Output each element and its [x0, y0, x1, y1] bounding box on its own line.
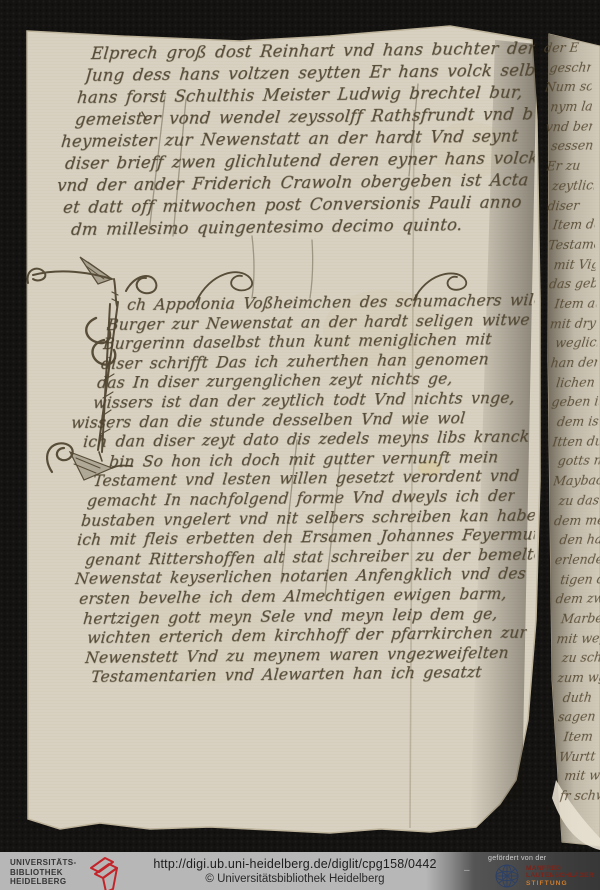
edge-text-fragment: zum wg — [556, 669, 600, 690]
edge-text-fragment: das gebur — [548, 276, 597, 297]
digilit-url: http://digi.ub.uni-heidelberg.de/diglit/… — [140, 857, 450, 871]
edge-text-fragment: dem zwentz — [554, 591, 600, 612]
edge-text-fragment: gotts mit — [551, 453, 600, 474]
copyright-line: © Universitätsbibliothek Heidelberg — [140, 873, 450, 885]
edge-text-fragment: lichen pf — [550, 374, 599, 395]
edge-text-fragment: Item — [557, 728, 600, 749]
edge-text-fragment: Wurtt — [558, 748, 600, 769]
edge-text-fragment: sessen L — [545, 138, 594, 159]
edge-text-fragment: erlenderß — [553, 551, 600, 572]
edge-text-fragment: sagen — [557, 709, 600, 730]
sponsor-name-line: STIFTUNG — [526, 880, 594, 887]
edge-text-fragment: tigen dan — [554, 571, 600, 592]
edge-text-fragment: Item auch — [548, 295, 597, 316]
sponsor-block: gefördert von der – MANFRED LAUTENSCHLÄG… — [452, 852, 600, 890]
digitized-manuscript-viewer: Elprech groß dost Reinhart vnd hans buch… — [0, 0, 600, 890]
sponsor-name-line: LAUTENSCHLÄGER — [526, 872, 594, 879]
edge-text-fragment: geben ist — [550, 394, 599, 415]
edge-text-fragment: nym la — [544, 99, 593, 120]
footer-center: http://digi.ub.uni-heidelberg.de/diglit/… — [140, 852, 450, 890]
edge-text-fragment: mit w — [558, 768, 600, 789]
edge-text-fragment: duth — [556, 689, 600, 710]
footer-bar: UNIVERSITÄTS- BIBLIOTHEK HEIDELBERG http… — [0, 852, 600, 890]
edge-text-fragment: dem meyn — [553, 512, 600, 533]
edge-text-fragment: weglich — [549, 335, 598, 356]
edge-text-fragment: Maybach h — [552, 473, 600, 494]
library-name-line: UNIVERSITÄTS- — [10, 858, 77, 868]
edge-text-fragment: der E — [544, 40, 592, 61]
edge-text-fragment: mit dry — [549, 315, 598, 336]
edge-text-fragment: Marben die — [555, 610, 600, 631]
manuscript-scan: Elprech groß dost Reinhart vnd hans buch… — [0, 0, 600, 852]
edge-text-fragment: fr schw — [558, 788, 600, 809]
edge-text-fragment: geschrifft — [544, 59, 593, 80]
sponsor-prefix: gefördert von der — [488, 855, 546, 862]
library-name-line: HEIDELBERG — [10, 877, 77, 887]
edge-text-fragment: diser — [546, 197, 595, 218]
edge-text-fragment: dem ist v — [551, 414, 600, 435]
library-logo-icon — [88, 855, 122, 890]
edge-text-fragment: han der — [549, 354, 598, 375]
library-name-line: BIBLIOTHEK — [10, 868, 77, 878]
edge-text-fragment: zeytlich — [546, 177, 595, 198]
edge-text-fragment: mit weg — [555, 630, 600, 651]
edge-text-fragment: den hawß — [553, 532, 600, 553]
edge-text-fragment: Testamen — [547, 236, 596, 257]
edge-text-fragment: Item dem — [546, 217, 595, 238]
edge-text-fragment: mit Vig — [547, 256, 596, 277]
edge-text-fragment: zu das gli — [552, 492, 600, 513]
edge-text-fragment: Num sc — [544, 79, 593, 100]
globe-icon — [494, 863, 520, 889]
sponsor-dash: – — [464, 865, 470, 876]
sponsor-name: MANFRED LAUTENSCHLÄGER STIFTUNG — [526, 865, 594, 887]
edge-text-fragment: zu schein — [556, 650, 600, 671]
edge-text-fragment: Itten durch — [551, 433, 600, 454]
edge-text-fragment: vnd ber — [544, 118, 593, 139]
edge-text-fragment: Er zu — [545, 158, 594, 179]
library-name: UNIVERSITÄTS- BIBLIOTHEK HEIDELBERG — [10, 858, 77, 887]
